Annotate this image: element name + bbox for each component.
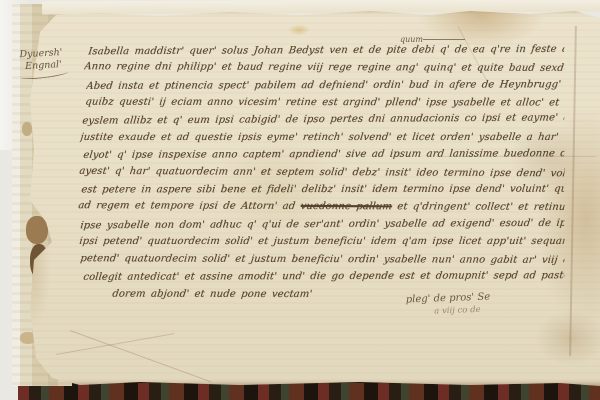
strikethrough-text: vuedonne pallum — [300, 201, 393, 212]
line-text: dorem abjond' et nude pone vectam' — [112, 289, 313, 300]
manuscript-line: collegit antedicat' et assine amodit' un… — [82, 270, 565, 287]
manuscript-line: quibz questi' ij eciam anno vicesim' ret… — [84, 97, 565, 113]
line-text: ipse ysabelle non dom' adhuc q' q'ui de … — [80, 218, 565, 232]
manuscript-line: ipsi petend' quatuordecim solid' et just… — [78, 236, 565, 251]
manuscript-line: justite exaude et ad questie ipsis eyme'… — [79, 132, 565, 147]
line-text: est petere in aspere sibi bene et fideli… — [81, 184, 565, 196]
docket-line: pleg' de pros' Se — [406, 292, 491, 306]
line-text: Anno regine dni philipp' et baud regine … — [84, 61, 565, 74]
flourish-stroke — [423, 34, 465, 40]
manuscript-photo: Dyuersh' Engnal' quum Isabella maddistr'… — [0, 0, 600, 400]
manuscript-line: petend' quatuordecim solid' et justum be… — [79, 253, 565, 270]
manuscript-line: Abed insta et ptinencia spect' pabilem a… — [85, 79, 565, 96]
line-text: petend' quatuordecim solid' et justum be… — [80, 253, 565, 266]
docket-note: pleg' de pros' Se a viij co de — [406, 292, 491, 318]
manuscript-line: eyslem allibz et q' eum ipsi cabigid' de… — [81, 112, 565, 130]
line-text: collegit antedicat' et assine amodit' un… — [83, 270, 565, 283]
interlinear-insertion: quum — [400, 35, 465, 44]
manuscript-line: ad regem et tempore ipsi de Attorn' ad v… — [77, 200, 565, 217]
interlinear-text: quum — [400, 35, 423, 44]
manuscript-line: ipse ysabelle non dom' adhuc q' q'ui de … — [79, 218, 565, 236]
line-text: ayest' q' har' quatuordecim ann' et sept… — [79, 166, 565, 180]
line-text: eyslem allibz et q' eum ipsi cabigid' de… — [82, 112, 565, 126]
manuscript-line: elyot' q' ipse inspexise anno captem' ap… — [82, 148, 565, 165]
manuscript-line: ayest' q' har' quatuordecim ann' et sept… — [78, 166, 565, 184]
line-text: Isabella maddistr' quer' solus Johan Bed… — [88, 44, 565, 57]
docket-line: a viij co de — [434, 305, 491, 317]
manuscript-line: est petere in aspere sibi bene et fideli… — [80, 184, 565, 200]
line-text: ad regem et tempore ipsi de Attorn' ad — [78, 200, 302, 212]
line-text: ipsi petend' quatuordecim solid' et just… — [79, 236, 565, 247]
line-text: justite exaude et ad questie ipsis eyme'… — [80, 132, 565, 143]
line-text: elyot' q' ipse inspexise anno captem' ap… — [83, 148, 565, 161]
manuscript-line: Anno regine dni philipp' et baud regine … — [83, 61, 565, 78]
line-text: Abed insta et ptinencia spect' pabilem a… — [86, 79, 565, 92]
line-text: et q'dringent' collect' et retinu' sine … — [391, 201, 565, 213]
ink-text-layer: Dyuersh' Engnal' quum Isabella maddistr'… — [0, 0, 600, 400]
manuscript-line: dorem abjond' et nude pone vectam' — [111, 289, 565, 305]
marginal-heading: Dyuersh' Engnal' — [19, 47, 69, 79]
line-text: quibz questi' ij eciam anno vicesim' ret… — [85, 97, 565, 109]
manuscript-line: Isabella maddistr' quer' solus Johan Bed… — [87, 44, 565, 62]
